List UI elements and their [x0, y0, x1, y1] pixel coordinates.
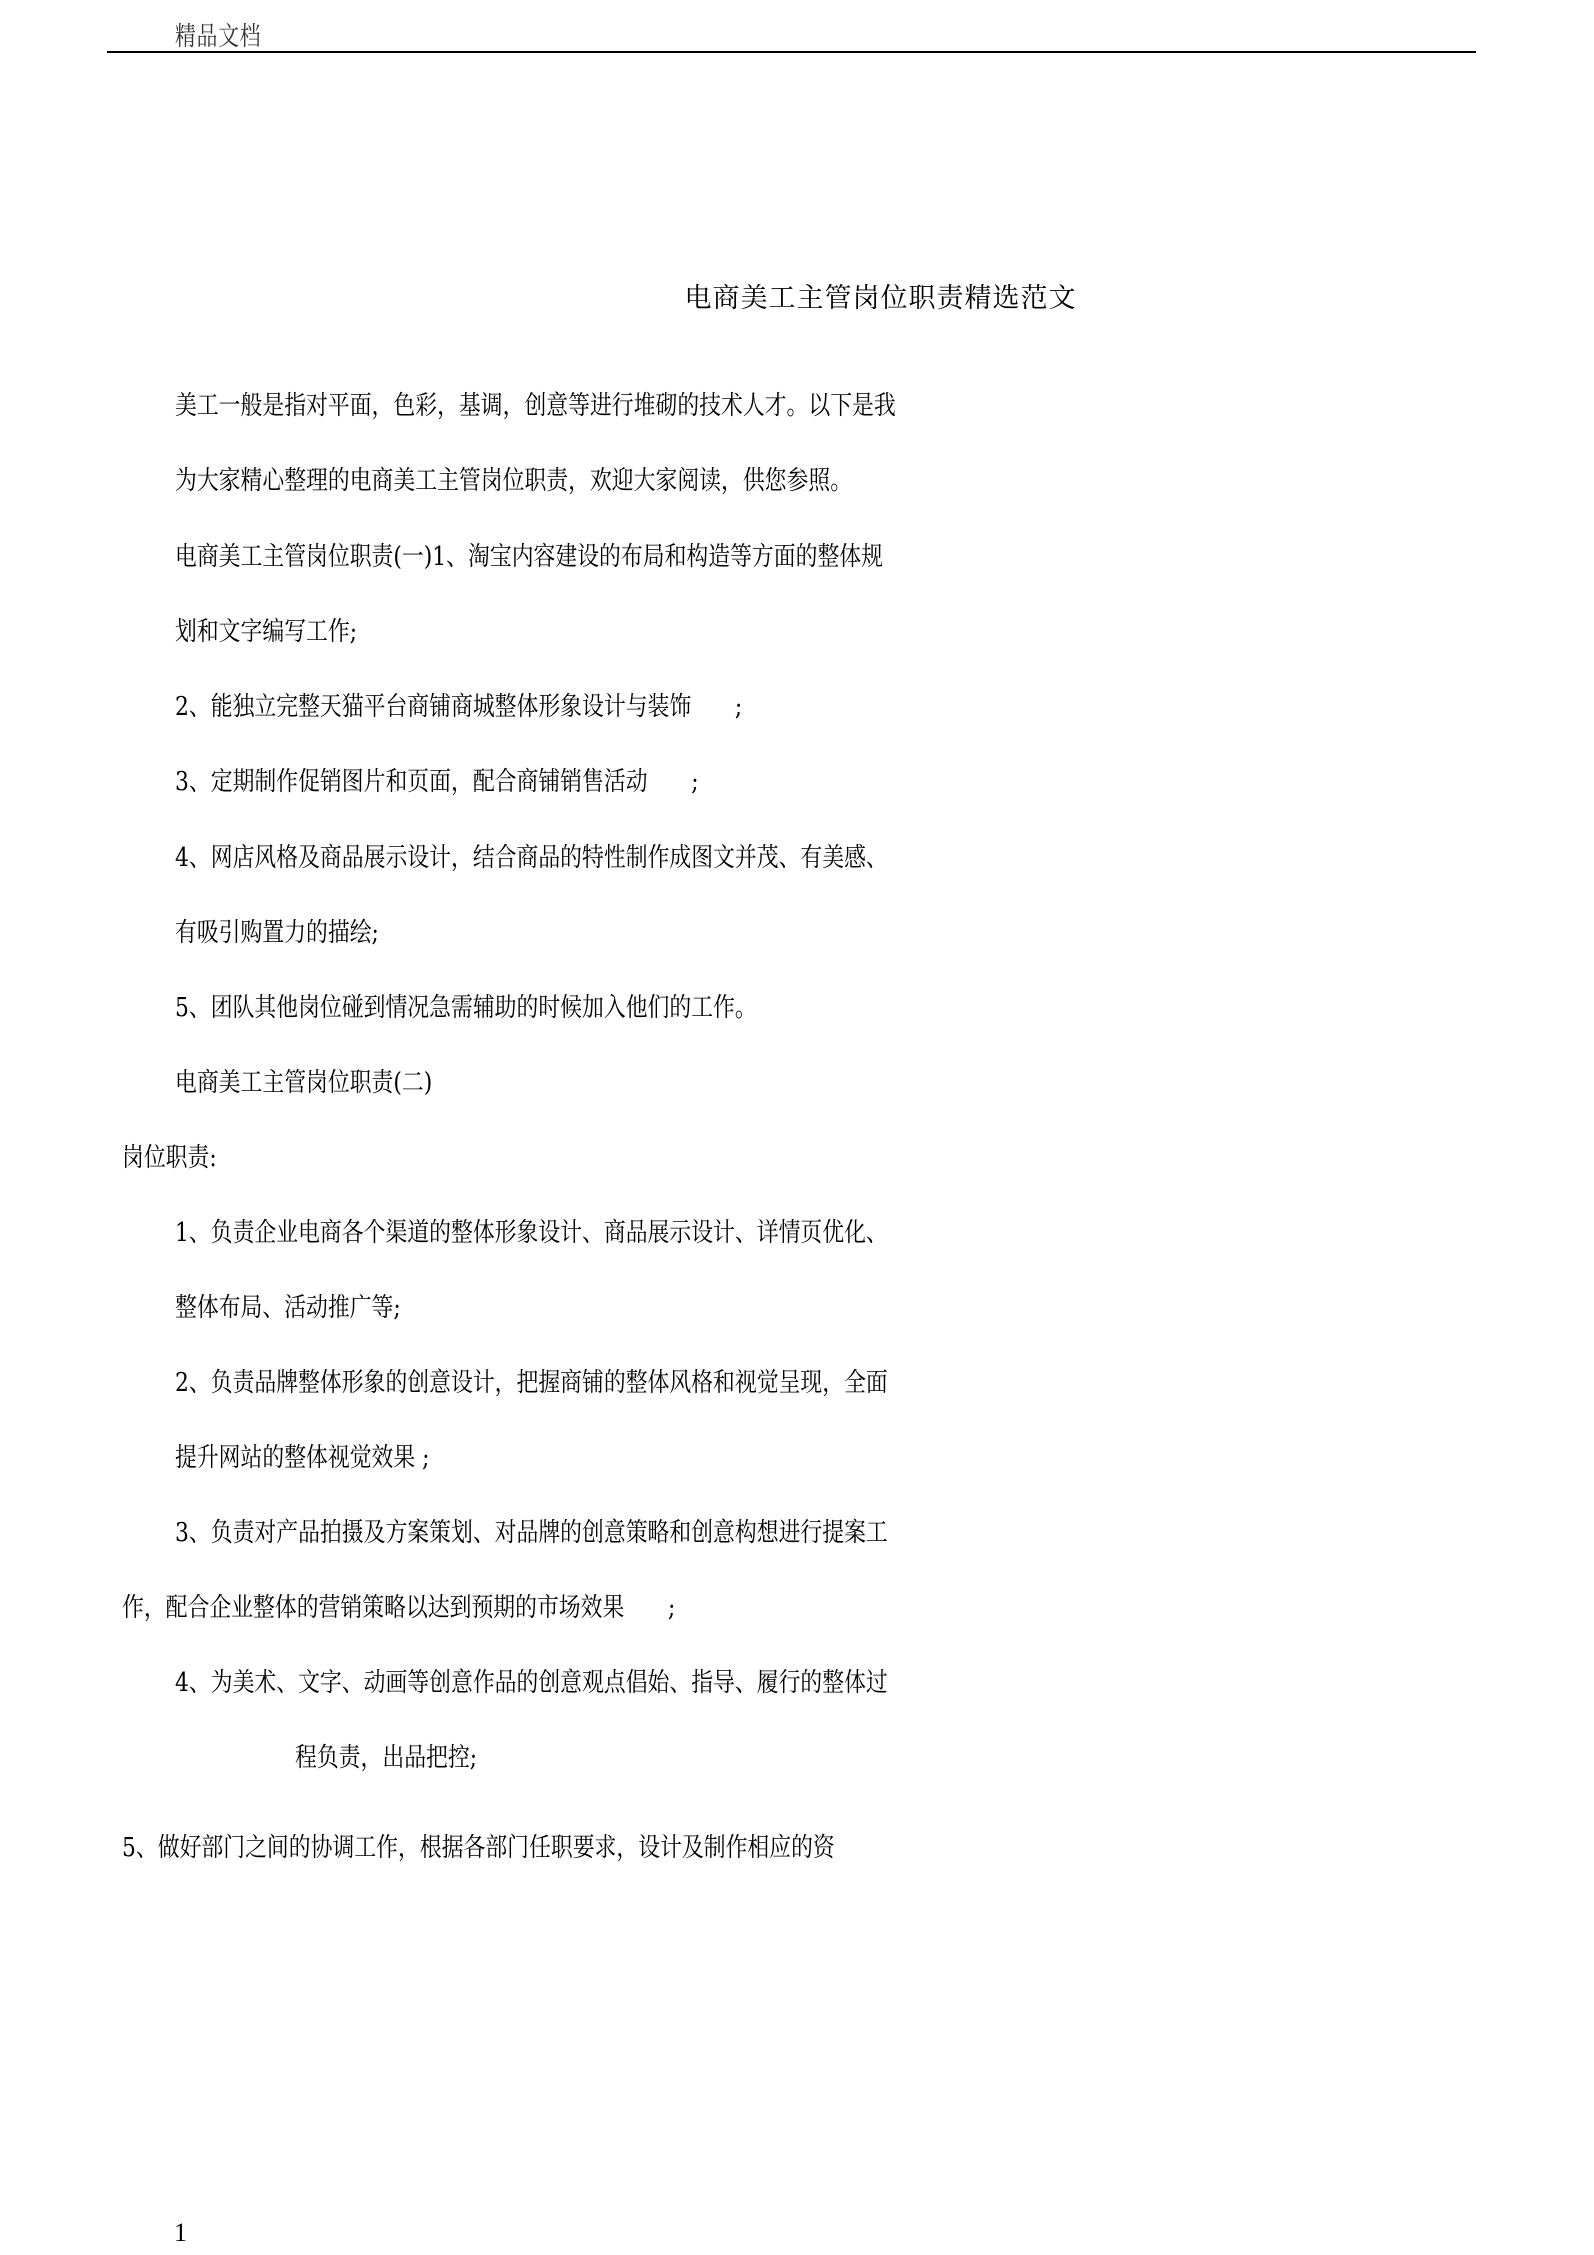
page-number: 1	[174, 2218, 187, 2248]
paragraph-line: 为大家精心整理的电商美工主管岗位职责，欢迎大家阅读，供您参照。	[175, 460, 852, 497]
paragraph-line: 电商美工主管岗位职责(二)	[175, 1062, 432, 1099]
paragraph-line: 划和文字编写工作;	[175, 611, 357, 648]
paragraph-line: 5、做好部门之间的协调工作，根据各部门任职要求，设计及制作相应的资	[122, 1827, 835, 1864]
paragraph-line: 1、负责企业电商各个渠道的整体形象设计、商品展示设计、详情页优化、	[175, 1212, 888, 1249]
paragraph-line: 有吸引购置力的描绘;	[175, 912, 379, 949]
paragraph-line: 电商美工主管岗位职责(一)1、淘宝内容建设的布局和构造等方面的整体规	[175, 536, 883, 573]
paragraph-line: 整体布局、活动推广等;	[175, 1287, 401, 1324]
paragraph-line: 作，配合企业整体的营销策略以达到预期的市场效果 ;	[122, 1587, 675, 1624]
header-divider	[107, 51, 1476, 53]
paragraph-line: 4、为美术、文字、动画等创意作品的创意观点倡始、指导、履行的整体过	[175, 1662, 888, 1699]
paragraph-line: 程负责，出品把控;	[295, 1737, 477, 1774]
header-label: 精品文档	[175, 16, 261, 53]
paragraph-line: 2、能独立完整天猫平台商铺商城整体形象设计与装饰 ;	[175, 686, 742, 723]
paragraph-line: 美工一般是指对平面，色彩，基调，创意等进行堆砌的技术人才。以下是我	[175, 385, 896, 422]
paragraph-line: 提升网站的整体视觉效果 ;	[175, 1437, 430, 1474]
paragraph-line: 5、团队其他岗位碰到情况急需辅助的时候加入他们的工作。	[175, 987, 757, 1024]
paragraph-line: 2、负责品牌整体形象的创意设计，把握商铺的整体风格和视觉呈现，全面	[175, 1362, 888, 1399]
paragraph-line: 岗位职责:	[122, 1137, 217, 1174]
document-title-text: 电商美工主管岗位职责精选范文	[685, 276, 1077, 315]
paragraph-line: 3、负责对产品拍摄及方案策划、对品牌的创意策略和创意构想进行提案工	[175, 1512, 888, 1549]
paragraph-line: 4、网店风格及商品展示设计，结合商品的特性制作成图文并茂、有美感、	[175, 837, 888, 874]
document-title: 电商美工主管岗位职责精选范文	[0, 276, 1594, 315]
paragraph-line: 3、定期制作促销图片和页面，配合商铺销售活动 ;	[175, 761, 699, 798]
